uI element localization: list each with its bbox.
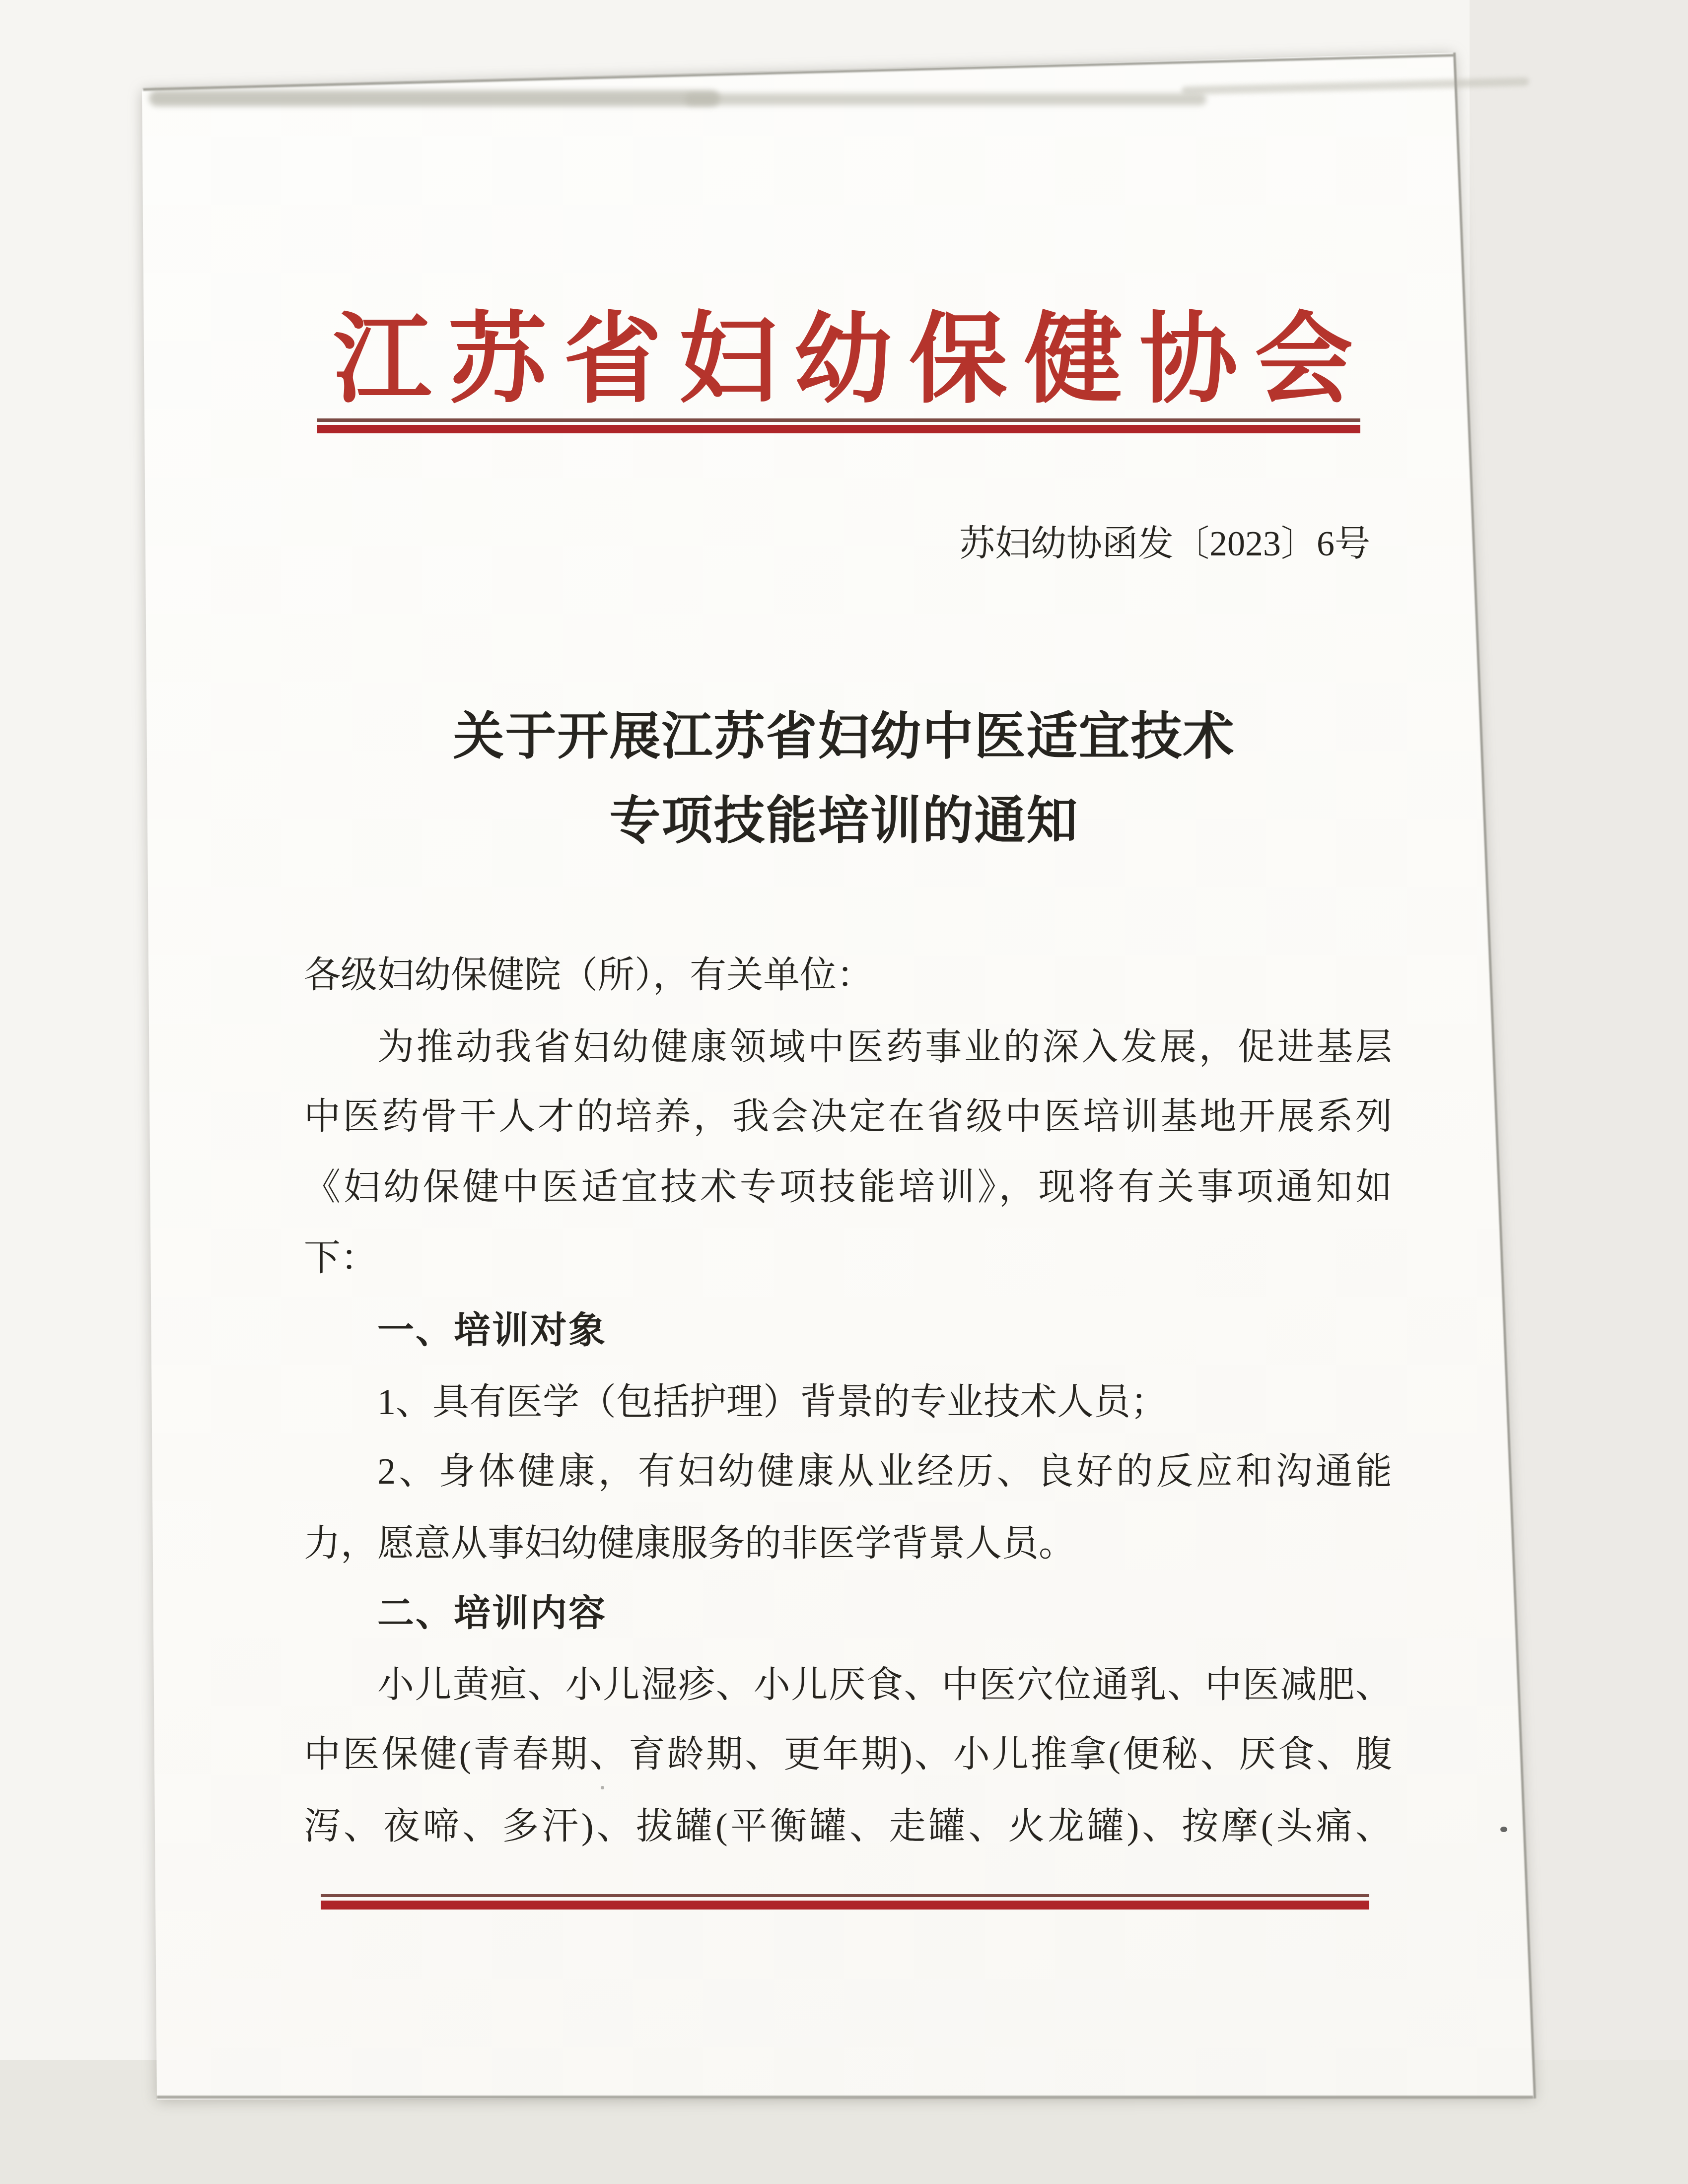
letterhead-org-title: 江苏省妇幼保健协会 — [199, 309, 1504, 412]
body-line: 泻、夜啼、多汗)、拔罐(平衡罐、走罐、火龙罐)、按摩(头痛、 — [304, 1806, 1392, 1847]
document-number: 苏妇幼协函发〔2023〕6号 — [695, 524, 1370, 563]
section-heading-1: 一、培训对象 — [304, 1310, 1392, 1351]
section-heading-2: 二、培训内容 — [304, 1593, 1392, 1634]
letterhead-rule-thin — [317, 418, 1360, 422]
scan-speck — [601, 1786, 604, 1789]
body-line: 1、具有医学（包括护理）背景的专业技术人员； — [304, 1382, 1392, 1423]
letterhead-rule-thick — [317, 425, 1360, 433]
body-line: 力，愿意从事妇幼健康服务的非医学背景人员。 — [304, 1523, 1392, 1565]
body-line: 2、身体健康，有妇幼健康从业经历、良好的反应和沟通能 — [304, 1451, 1392, 1493]
salutation-line: 各级妇幼保健院（所），有关单位： — [304, 955, 1392, 996]
footer-rule-thin — [321, 1894, 1369, 1897]
body-line: 中医保健(青春期、育龄期、更年期)、小儿推拿(便秘、厌食、腹 — [304, 1734, 1392, 1775]
document-content: 江苏省妇幼保健协会 苏妇幼协函发〔2023〕6号 关于开展江苏省妇幼中医适宜技术… — [0, 0, 1688, 2184]
body-line: 中医药骨干人才的培养，我会决定在省级中医培训基地开展系列 — [304, 1096, 1392, 1138]
scanned-document-page: 江苏省妇幼保健协会 苏妇幼协函发〔2023〕6号 关于开展江苏省妇幼中医适宜技术… — [0, 0, 1688, 2184]
body-line: 小儿黄疸、小儿湿疹、小儿厌食、中医穴位通乳、中医减肥、 — [304, 1665, 1392, 1706]
footer-rule-thick — [321, 1901, 1369, 1910]
document-title-line1: 关于开展江苏省妇幼中医适宜技术 — [298, 709, 1390, 766]
body-line: 下： — [304, 1238, 1392, 1279]
body-line: 《妇幼保健中医适宜技术专项技能培训》，现将有关事项通知如 — [304, 1167, 1392, 1208]
document-title-line2: 专项技能培训的通知 — [298, 793, 1390, 850]
body-line: 为推动我省妇幼健康领域中医药事业的深入发展，促进基层 — [304, 1027, 1392, 1068]
ink-spot — [1500, 1827, 1507, 1832]
